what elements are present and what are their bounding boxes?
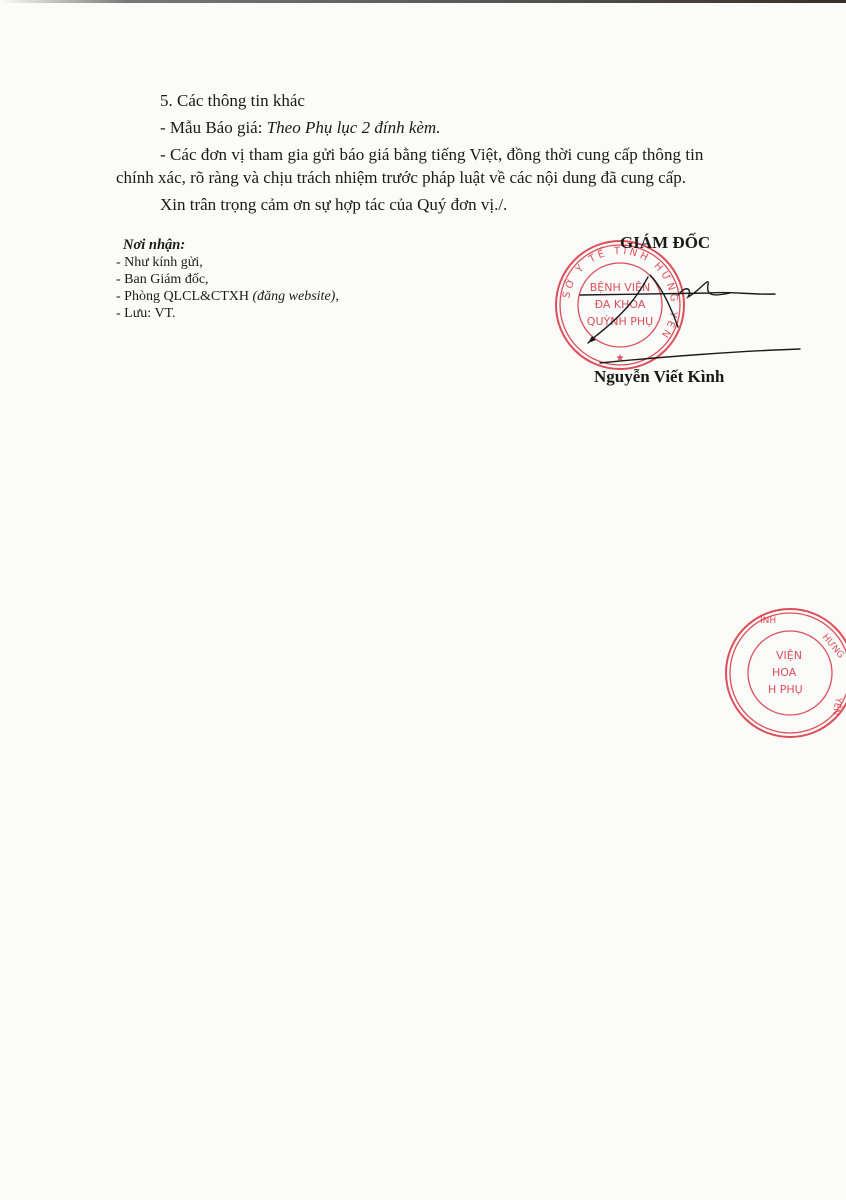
recipient-item: - Ban Giám đốc, — [116, 271, 339, 288]
recipients-title: Nơi nhận: — [116, 237, 339, 254]
section-heading: 5. Các thông tin khác — [160, 91, 305, 111]
requirements-line-1: - Các đơn vị tham gia gửi báo giá bằng t… — [160, 145, 703, 165]
edge-stamp-ring-1: ÌNH — [760, 614, 776, 626]
scan-edge — [0, 0, 846, 3]
quote-template-value: Theo Phụ lục 2 đính kèm. — [267, 118, 441, 137]
quote-template-line: - Mẫu Báo giá: Theo Phụ lục 2 đính kèm. — [160, 118, 440, 138]
signer-name: Nguyễn Viết Kình — [594, 367, 724, 387]
recipients-block: Nơi nhận: - Như kính gửi, - Ban Giám đốc… — [116, 237, 339, 322]
signature-title: GIÁM ĐỐC — [620, 233, 710, 253]
edge-stamp-line-3: H PHỤ — [768, 683, 803, 696]
quote-template-label: - Mẫu Báo giá: — [160, 118, 267, 137]
recipient-item: - Lưu: VT. — [116, 305, 339, 322]
edge-stamp-clip: VIỆN HOA H PHỤ ÌNH HƯNG YÊN — [720, 600, 846, 745]
requirements-line-2: chính xác, rõ ràng và chịu trách nhiệm t… — [116, 168, 686, 188]
recipient-item: - Phòng QLCL&CTXH (đăng website), — [116, 288, 339, 305]
recipient-item: - Như kính gửi, — [116, 254, 339, 271]
closing-line: Xin trân trọng cảm ơn sự hợp tác của Quý… — [160, 195, 507, 215]
edge-stamp: VIỆN HOA H PHỤ ÌNH HƯNG YÊN — [724, 607, 846, 739]
signature — [560, 255, 820, 365]
edge-stamp-ring-3: YÊN — [830, 695, 845, 716]
edge-stamp-line-2: HOA — [772, 666, 797, 679]
edge-stamp-line-1: VIỆN — [776, 649, 802, 662]
